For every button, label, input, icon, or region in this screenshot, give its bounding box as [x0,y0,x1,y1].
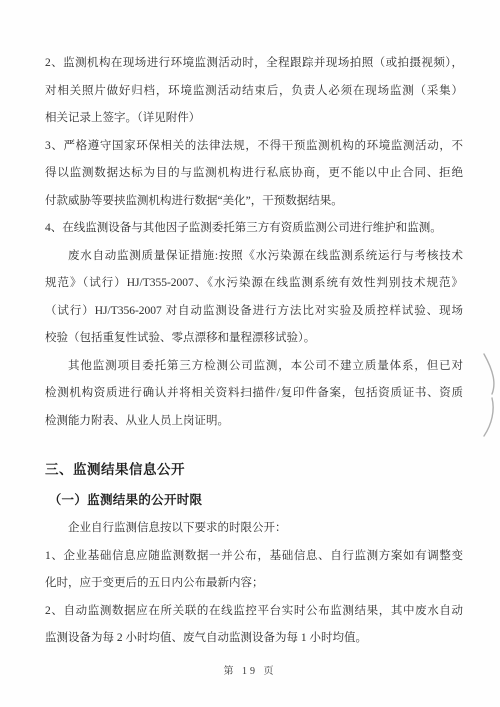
text-line: 企业自行监测信息按以下要求的时限公开： [45,515,463,543]
text-line: 校验（包括重复性试验、零点漂移和量程漂移试验）。 [45,325,463,353]
document-page: 2、监测机构在现场进行环境监测活动时，全程跟踪并现场拍照（或拍摄视频），对相关照… [0,0,500,707]
text-line: 2、监测机构在现场进行环境监测活动时，全程跟踪并现场拍照（或拍摄视频）， [45,50,463,78]
numbered-item: 4、在线监测设备与其他因子监测委托第三方有资质监测公司进行维护和监测。 [45,215,463,243]
numbered-item: 2、监测机构在现场进行环境监测活动时，全程跟踪并现场拍照（或拍摄视频），对相关照… [45,50,463,133]
text-line: 检测机构资质进行确认并将相关资料扫描件/复印件备案，包括资质证书、资质 [45,380,463,408]
text-line: 其他监测项目委托第三方检测公司监测，本公司不建立质量体系，但已对 [45,353,463,381]
text-line: 检测能力附表、从业人员上岗证明。 [45,408,463,436]
text-line: 废水自动监测质量保证措施:按照《水污染源在线监测系统运行与考核技术 [45,243,463,271]
numbered-item: 1、企业基础信息应随监测数据一并公布，基础信息、自行监测方案如有调整变化时，应于… [45,543,463,598]
paragraph: 废水自动监测质量保证措施:按照《水污染源在线监测系统运行与考核技术规范》（试行）… [45,243,463,353]
text-line: 相关记录上签字。（详见附件） [45,105,463,133]
page-curl-mark [481,352,497,438]
text-line: 对相关照片做好归档，环境监测活动结束后，负责人必须在现场监测（采集） [45,78,463,106]
text-line: 1、企业基础信息应随监测数据一并公布，基础信息、自行监测方案如有调整变 [45,543,463,571]
text-line: 3、严格遵守国家环保相关的法律法规，不得干预监测机构的环境监测活动，不 [45,133,463,161]
text-line: （试行）HJ/T356-2007 对自动监测设备进行方法比对实验及质控样试验、现… [45,298,463,326]
section-heading: 三、监测结果信息公开 [45,455,463,485]
subsection-heading: （一）监测结果的公开时限 [45,485,463,515]
text-line: 规范》（试行）HJ/T355-2007、《水污染源在线监测系统有效性判别技术规范… [45,270,463,298]
document-body: 2、监测机构在现场进行环境监测活动时，全程跟踪并现场拍照（或拍摄视频），对相关照… [45,50,463,653]
text-line: 2、自动监测数据应在所关联的在线监控平台实时公布监测结果，其中废水自动 [45,598,463,626]
text-line: 化时，应于变更后的五日内公布最新内容； [45,570,463,598]
text-line: 监测设备为每 2 小时均值、废气自动监测设备为每 1 小时均值。 [45,625,463,653]
text-line: 得以监测数据达标为目的与监测机构进行私底协商，更不能以中止合同、拒绝 [45,160,463,188]
paragraph: 其他监测项目委托第三方检测公司监测，本公司不建立质量体系，但已对检测机构资质进行… [45,353,463,436]
text-line: 付款威胁等要挟监测机构进行数据“美化”，干预数据结果。 [45,188,463,216]
paragraph: 企业自行监测信息按以下要求的时限公开： [45,515,463,543]
numbered-item: 3、严格遵守国家环保相关的法律法规，不得干预监测机构的环境监测活动，不得以监测数… [45,133,463,216]
text-line: 4、在线监测设备与其他因子监测委托第三方有资质监测公司进行维护和监测。 [45,215,463,243]
page-number: 第 19 页 [0,662,500,677]
numbered-item: 2、自动监测数据应在所关联的在线监控平台实时公布监测结果，其中废水自动监测设备为… [45,598,463,653]
